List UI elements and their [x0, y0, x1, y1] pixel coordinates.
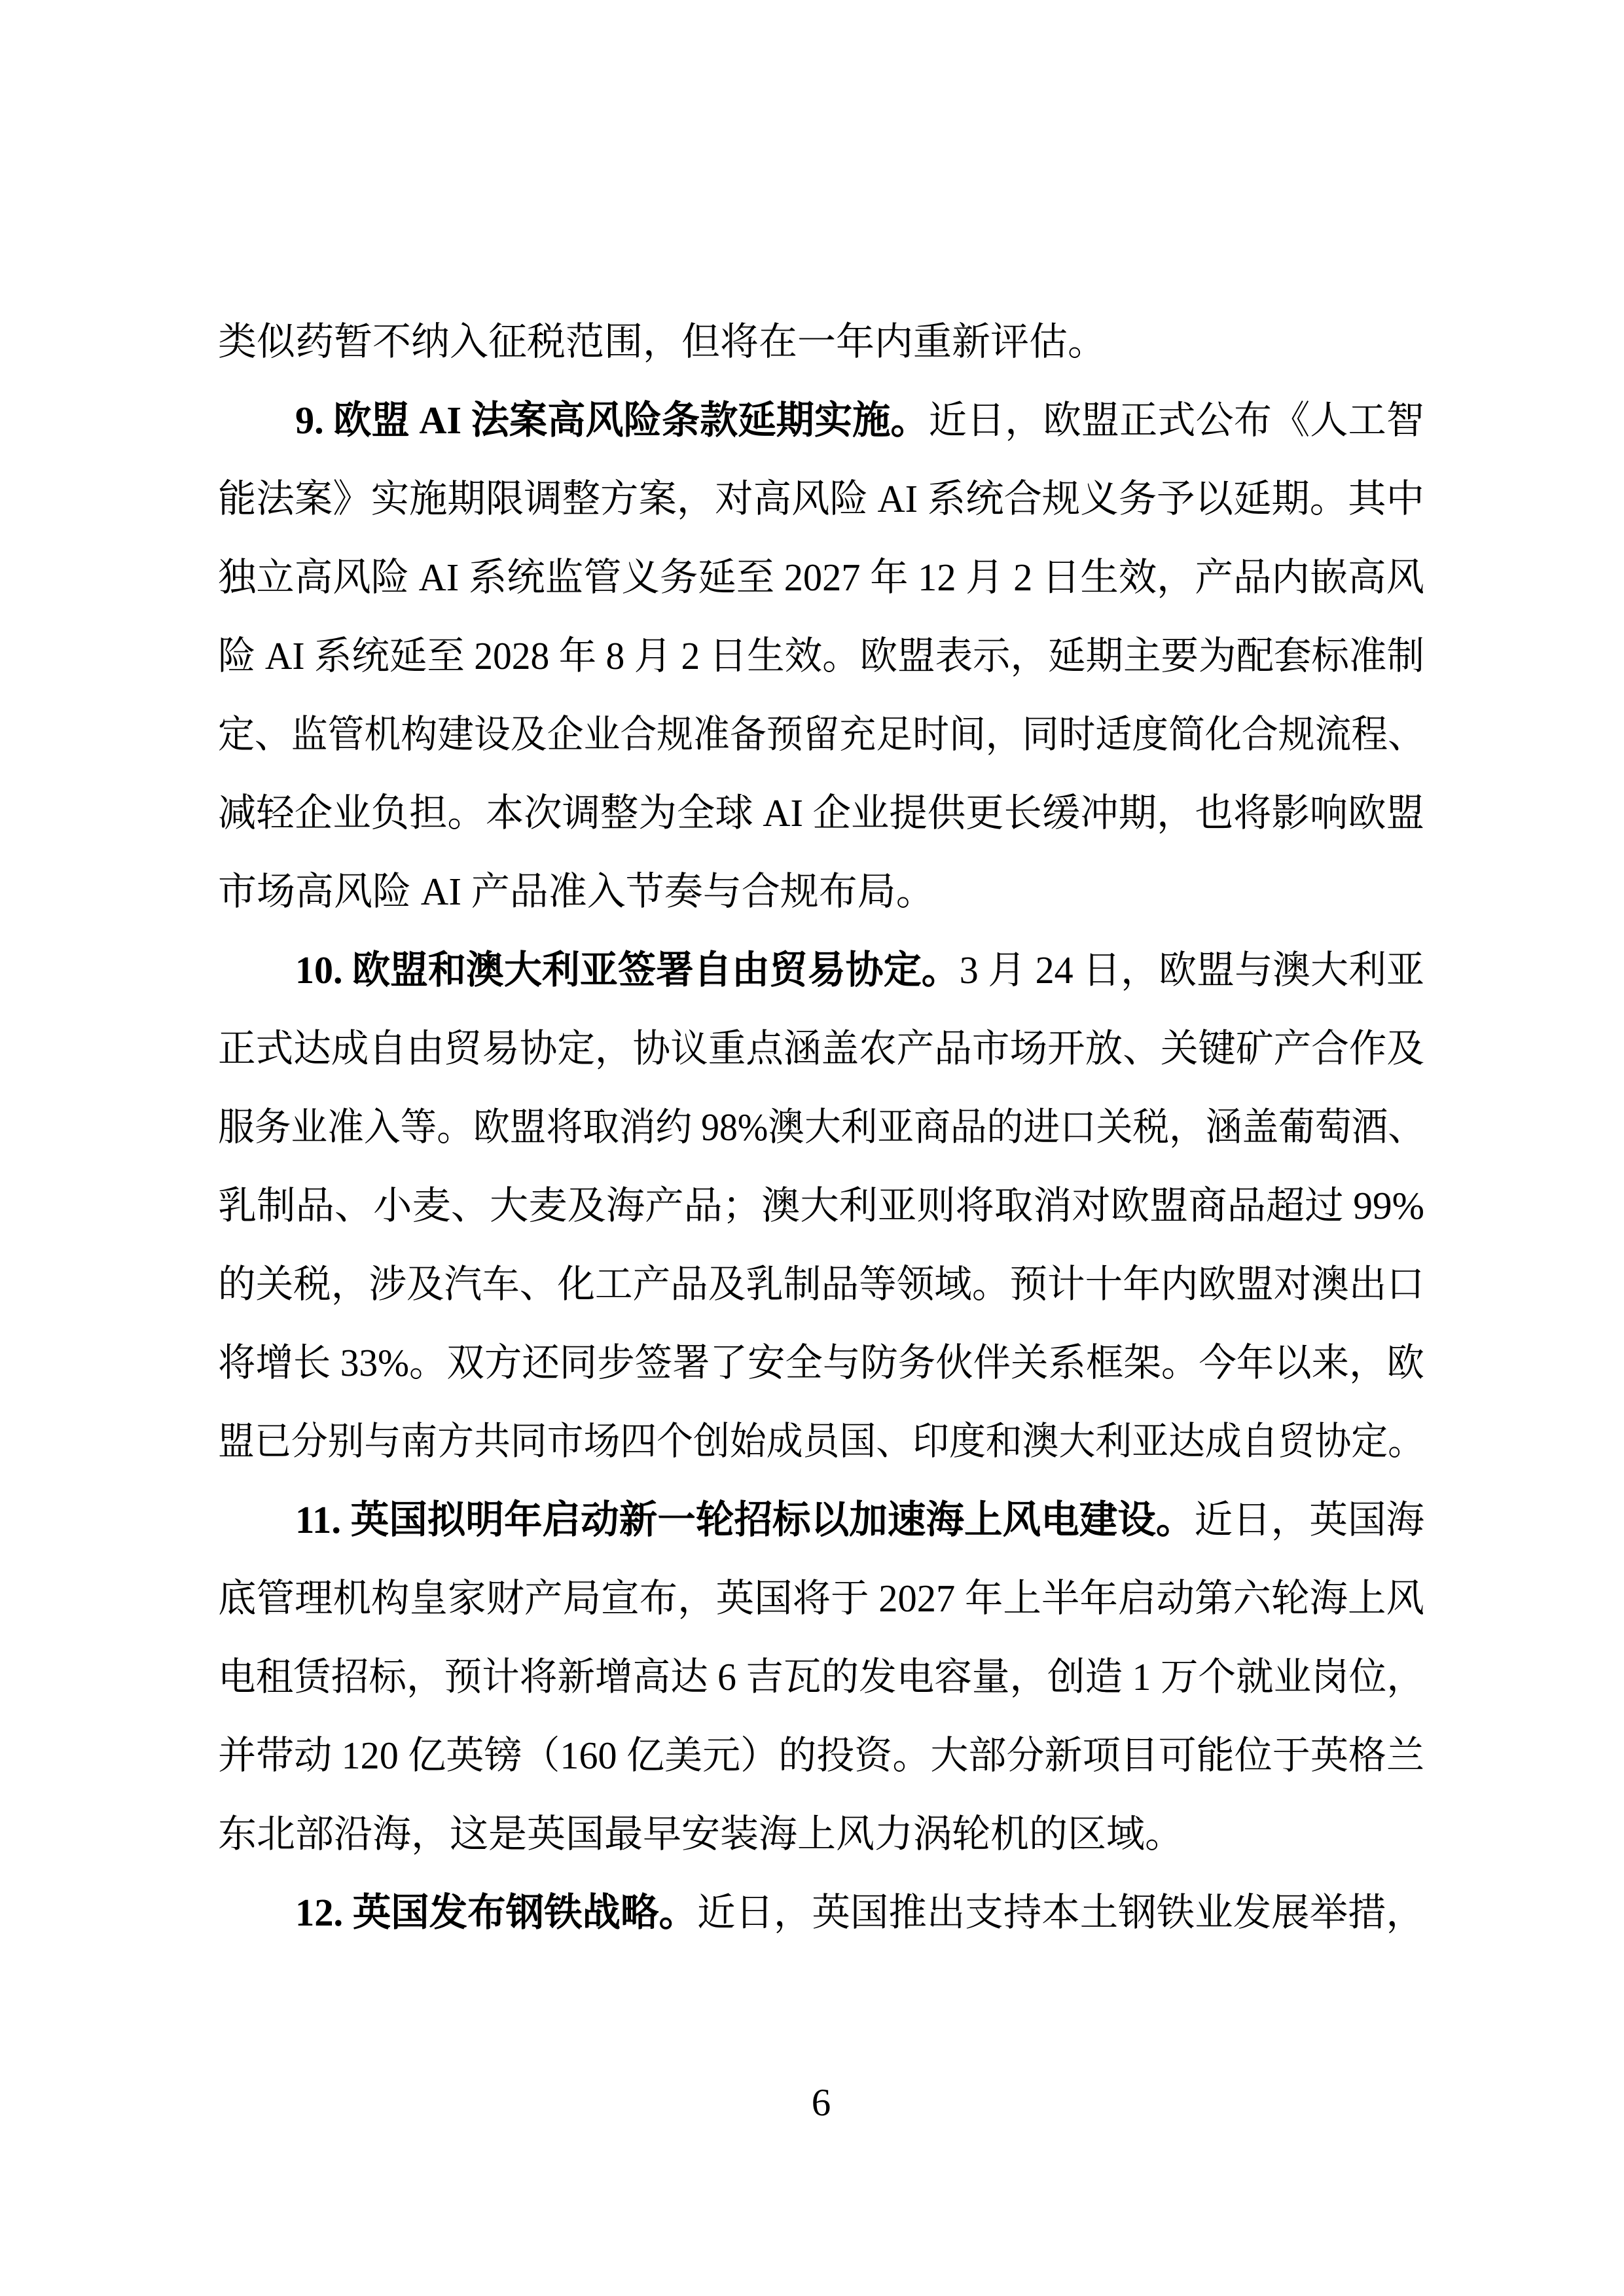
text-run: 并带动 120 亿英镑（160 亿美元）的投资。大部分新项目可能位于英格兰	[218, 1734, 1424, 1777]
text-run: 能法案》实施期限调整方案，对高风险 AI 系统合规义务予以延期。其中	[218, 477, 1424, 520]
text-run: 减轻企业负担。本次调整为全球 AI 企业提供更长缓冲期，也将影响欧盟	[218, 791, 1424, 834]
line-runs: 9. 欧盟 AI 法案高风险条款延期实施。近日，欧盟正式公布《人工智	[295, 381, 1424, 459]
line-runs: 10. 欧盟和澳大利亚签署自由贸易协定。3 月 24 日，欧盟与澳大利亚	[295, 931, 1424, 1009]
line-runs: 的关税，涉及汽车、化工产品及乳制品等领域。预计十年内欧盟对澳出口	[218, 1245, 1424, 1323]
body-line: 盟已分别与南方共同市场四个创始成员国、印度和澳大利亚达成自贸协定。	[218, 1402, 1424, 1480]
line-runs: 减轻企业负担。本次调整为全球 AI 企业提供更长缓冲期，也将影响欧盟	[218, 774, 1424, 852]
body-line: 11. 英国拟明年启动新一轮招标以加速海上风电建设。近日，英国海	[218, 1480, 1424, 1559]
body-line: 正式达成自由贸易协定，协议重点涵盖农产品市场开放、关键矿产合作及	[218, 1009, 1424, 1088]
body-line: 类似药暂不纳入征税范围，但将在一年内重新评估。	[218, 302, 1424, 381]
text-run: 险 AI 系统延至 2028 年 8 月 2 日生效。欧盟表示，延期主要为配套标…	[218, 634, 1424, 677]
body-line: 独立高风险 AI 系统监管义务延至 2027 年 12 月 2 日生效，产品内嵌…	[218, 538, 1424, 617]
text-run: 的关税，涉及汽车、化工产品及乳制品等领域。预计十年内欧盟对澳出口	[218, 1263, 1424, 1306]
text-run: 3 月 24 日，欧盟与澳大利亚	[960, 948, 1424, 992]
body-line: 乳制品、小麦、大麦及海产品；澳大利亚则将取消对欧盟商品超过 99%	[218, 1166, 1424, 1245]
line-runs: 11. 英国拟明年启动新一轮招标以加速海上风电建设。近日，英国海	[295, 1480, 1424, 1559]
line-runs: 类似药暂不纳入征税范围，但将在一年内重新评估。	[218, 302, 1106, 381]
text-run: 近日，欧盟正式公布《人工智	[929, 399, 1424, 442]
body-line: 减轻企业负担。本次调整为全球 AI 企业提供更长缓冲期，也将影响欧盟	[218, 774, 1424, 852]
line-runs: 并带动 120 亿英镑（160 亿美元）的投资。大部分新项目可能位于英格兰	[218, 1716, 1424, 1795]
text-run: 独立高风险 AI 系统监管义务延至 2027 年 12 月 2 日生效，产品内嵌…	[218, 556, 1424, 599]
line-runs: 服务业准入等。欧盟将取消约 98%澳大利亚商品的进口关税，涵盖葡萄酒、	[218, 1088, 1424, 1166]
line-runs: 将增长 33%。双方还同步签署了安全与防务伙伴关系框架。今年以来，欧	[218, 1323, 1424, 1402]
body-line: 将增长 33%。双方还同步签署了安全与防务伙伴关系框架。今年以来，欧	[218, 1323, 1424, 1402]
body-line: 定、监管机构建设及企业合规准备预留充足时间，同时适度简化合规流程、	[218, 695, 1424, 774]
line-runs: 正式达成自由贸易协定，协议重点涵盖农产品市场开放、关键矿产合作及	[218, 1009, 1424, 1088]
body-line: 险 AI 系统延至 2028 年 8 月 2 日生效。欧盟表示，延期主要为配套标…	[218, 617, 1424, 695]
line-runs: 底管理机构皇家财产局宣布，英国将于 2027 年上半年启动第六轮海上风	[218, 1559, 1424, 1638]
heading-run: 9. 欧盟 AI 法案高风险条款延期实施。	[295, 399, 929, 442]
document-page: 类似药暂不纳入征税范围，但将在一年内重新评估。9. 欧盟 AI 法案高风险条款延…	[0, 0, 1624, 2296]
text-run: 东北部沿海，这是英国最早安装海上风力涡轮机的区域。	[218, 1812, 1183, 1856]
text-run: 类似药暂不纳入征税范围，但将在一年内重新评估。	[218, 320, 1106, 363]
line-runs: 盟已分别与南方共同市场四个创始成员国、印度和澳大利亚达成自贸协定。	[218, 1402, 1424, 1480]
document-body: 类似药暂不纳入征税范围，但将在一年内重新评估。9. 欧盟 AI 法案高风险条款延…	[218, 302, 1424, 1952]
line-runs: 乳制品、小麦、大麦及海产品；澳大利亚则将取消对欧盟商品超过 99%	[218, 1166, 1424, 1245]
heading-run: 10. 欧盟和澳大利亚签署自由贸易协定。	[295, 948, 960, 992]
text-run: 市场高风险 AI 产品准入节奏与合规布局。	[218, 870, 935, 913]
text-run: 底管理机构皇家财产局宣布，英国将于 2027 年上半年启动第六轮海上风	[218, 1577, 1424, 1620]
body-line: 东北部沿海，这是英国最早安装海上风力涡轮机的区域。	[218, 1795, 1424, 1873]
text-run: 电租赁招标，预计将新增高达 6 吉瓦的发电容量，创造 1 万个就业岗位，	[218, 1655, 1424, 1698]
line-runs: 12. 英国发布钢铁战略。近日，英国推出支持本土钢铁业发展举措，	[295, 1873, 1424, 1952]
text-run: 盟已分别与南方共同市场四个创始成员国、印度和澳大利亚达成自贸协定。	[218, 1420, 1424, 1463]
text-run: 乳制品、小麦、大麦及海产品；澳大利亚则将取消对欧盟商品超过 99%	[218, 1184, 1424, 1227]
line-runs: 能法案》实施期限调整方案，对高风险 AI 系统合规义务予以延期。其中	[218, 459, 1424, 538]
line-runs: 定、监管机构建设及企业合规准备预留充足时间，同时适度简化合规流程、	[218, 695, 1424, 774]
line-runs: 独立高风险 AI 系统监管义务延至 2027 年 12 月 2 日生效，产品内嵌…	[218, 538, 1424, 617]
body-line: 底管理机构皇家财产局宣布，英国将于 2027 年上半年启动第六轮海上风	[218, 1559, 1424, 1638]
body-line: 并带动 120 亿英镑（160 亿美元）的投资。大部分新项目可能位于英格兰	[218, 1716, 1424, 1795]
line-runs: 险 AI 系统延至 2028 年 8 月 2 日生效。欧盟表示，延期主要为配套标…	[218, 617, 1424, 695]
heading-run: 12. 英国发布钢铁战略。	[295, 1891, 697, 1934]
body-line: 10. 欧盟和澳大利亚签署自由贸易协定。3 月 24 日，欧盟与澳大利亚	[218, 931, 1424, 1009]
text-run: 正式达成自由贸易协定，协议重点涵盖农产品市场开放、关键矿产合作及	[218, 1027, 1424, 1070]
heading-run: 11. 英国拟明年启动新一轮招标以加速海上风电建设。	[295, 1498, 1194, 1541]
text-run: 近日，英国海	[1194, 1498, 1424, 1541]
body-line: 9. 欧盟 AI 法案高风险条款延期实施。近日，欧盟正式公布《人工智	[218, 381, 1424, 459]
line-runs: 电租赁招标，预计将新增高达 6 吉瓦的发电容量，创造 1 万个就业岗位，	[218, 1638, 1424, 1716]
line-runs: 东北部沿海，这是英国最早安装海上风力涡轮机的区域。	[218, 1795, 1183, 1873]
body-line: 12. 英国发布钢铁战略。近日，英国推出支持本土钢铁业发展举措，	[218, 1873, 1424, 1952]
text-run: 服务业准入等。欧盟将取消约 98%澳大利亚商品的进口关税，涵盖葡萄酒、	[218, 1105, 1424, 1149]
text-run: 将增长 33%。双方还同步签署了安全与防务伙伴关系框架。今年以来，欧	[218, 1341, 1424, 1384]
text-run: 近日，英国推出支持本土钢铁业发展举措，	[697, 1891, 1424, 1934]
body-line: 电租赁招标，预计将新增高达 6 吉瓦的发电容量，创造 1 万个就业岗位，	[218, 1638, 1424, 1716]
page-number: 6	[218, 2063, 1424, 2142]
body-line: 市场高风险 AI 产品准入节奏与合规布局。	[218, 852, 1424, 931]
line-runs: 市场高风险 AI 产品准入节奏与合规布局。	[218, 852, 935, 931]
body-line: 能法案》实施期限调整方案，对高风险 AI 系统合规义务予以延期。其中	[218, 459, 1424, 538]
text-run: 定、监管机构建设及企业合规准备预留充足时间，同时适度简化合规流程、	[218, 713, 1424, 756]
body-line: 的关税，涉及汽车、化工产品及乳制品等领域。预计十年内欧盟对澳出口	[218, 1245, 1424, 1323]
body-line: 服务业准入等。欧盟将取消约 98%澳大利亚商品的进口关税，涵盖葡萄酒、	[218, 1088, 1424, 1166]
